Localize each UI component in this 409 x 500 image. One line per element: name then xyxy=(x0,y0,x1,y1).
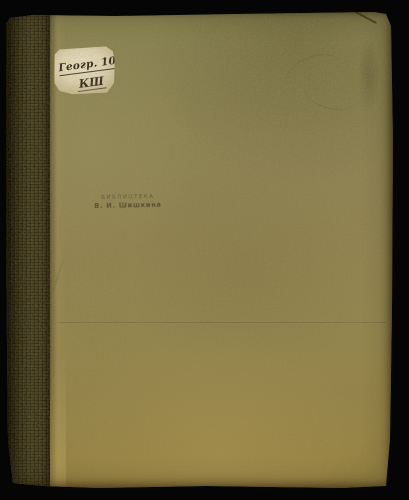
stamp-line2: В. И. Шишкина xyxy=(92,201,164,211)
crease-mark xyxy=(304,77,360,114)
call-number-label: Геогр. 1087 КШ xyxy=(53,46,115,95)
book-spine xyxy=(6,10,50,488)
library-stamp-text: БИБЛИОТЕКА В. И. Шишкина xyxy=(92,194,164,211)
book-front-cover: Геогр. 1087 КШ БИБЛИОТЕКА В. И. Шишкина xyxy=(6,10,393,488)
call-number-line1: Геогр. 1087 xyxy=(58,53,133,77)
call-number-text: Геогр. 1087 КШ xyxy=(51,43,117,95)
scan-background: Геогр. 1087 КШ БИБЛИОТЕКА В. И. Шишкина xyxy=(0,0,409,500)
library-stamp: БИБЛИОТЕКА В. И. Шишкина xyxy=(92,193,212,221)
crease-mark xyxy=(58,322,386,323)
crease-mark xyxy=(353,10,377,24)
scuff-mark xyxy=(358,36,380,116)
call-number-line2: КШ xyxy=(76,74,107,92)
